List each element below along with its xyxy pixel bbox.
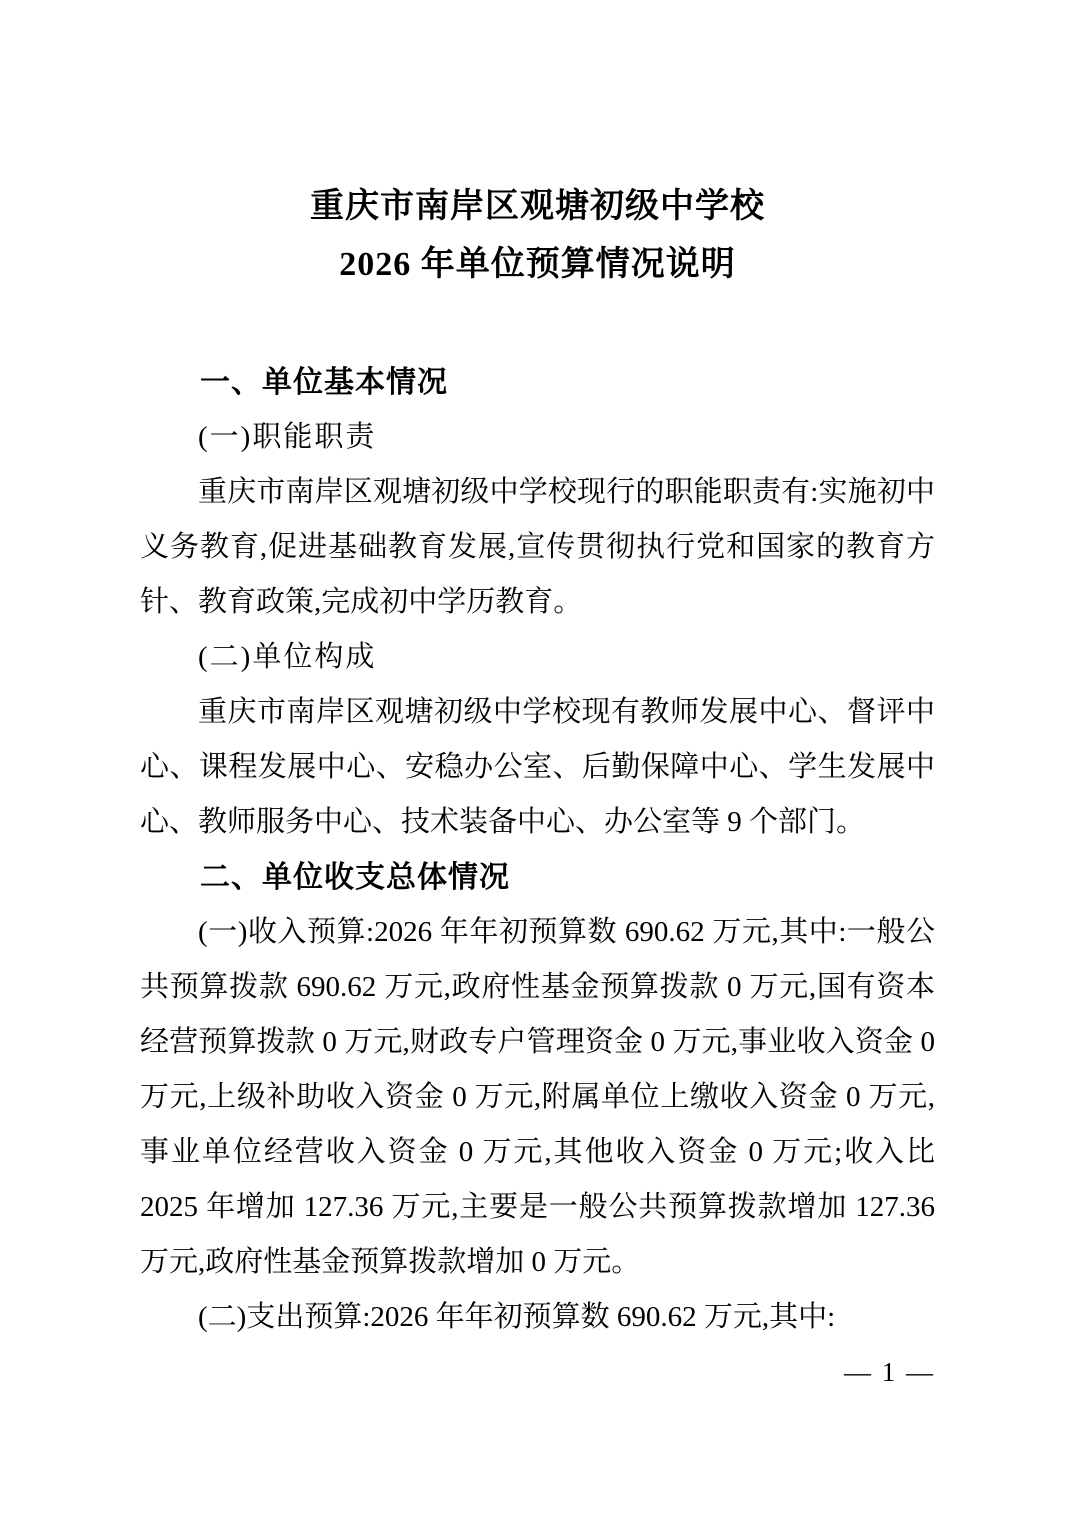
- document-body: 一、单位基本情况 (一)职能职责 重庆市南岸区观塘初级中学校现行的职能职责有:实…: [140, 355, 935, 1345]
- paragraph-composition: 重庆市南岸区观塘初级中学校现有教师发展中心、督评中心、课程发展中心、安稳办公室、…: [140, 685, 935, 850]
- page-number: — 1 —: [844, 1352, 935, 1392]
- subsection-heading-composition: (二)单位构成: [140, 630, 935, 685]
- section-heading-basic-info: 一、单位基本情况: [140, 355, 935, 410]
- paragraph-income-budget: (一)收入预算:2026 年年初预算数 690.62 万元,其中:一般公共预算拨…: [140, 905, 935, 1290]
- subsection-heading-duties: (一)职能职责: [140, 410, 935, 465]
- section-heading-budget-overview: 二、单位收支总体情况: [140, 850, 935, 905]
- paragraph-duties: 重庆市南岸区观塘初级中学校现行的职能职责有:实施初中义务教育,促进基础教育发展,…: [140, 465, 935, 630]
- document-title-line2: 2026 年单位预算情况说明: [339, 246, 736, 283]
- document-title-line1: 重庆市南岸区观塘初级中学校: [310, 188, 765, 225]
- document-title: 重庆市南岸区观塘初级中学校 2026 年单位预算情况说明: [140, 178, 935, 294]
- paragraph-expenditure-budget: (二)支出预算:2026 年年初预算数 690.62 万元,其中:: [140, 1290, 935, 1345]
- document-page: 重庆市南岸区观塘初级中学校 2026 年单位预算情况说明 一、单位基本情况 (一…: [0, 0, 1074, 1520]
